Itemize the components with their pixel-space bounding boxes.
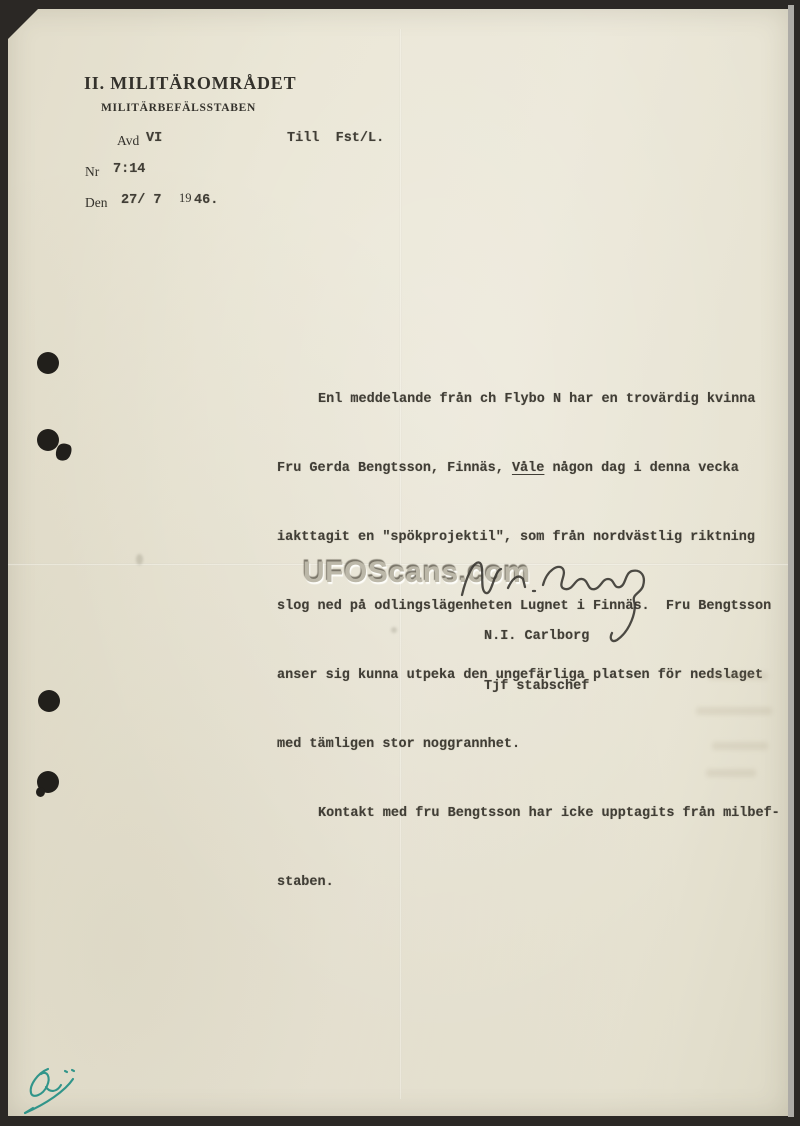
department-label: Avd [117, 133, 139, 149]
document-scan: II. MILITÄROMRÅDET MILITÄRBEFÄLSSTABEN A… [0, 0, 800, 1126]
smudge-mark [391, 627, 397, 633]
bleed-through-mark [708, 672, 768, 680]
department-value: VI [146, 131, 162, 146]
date-century-preprint: 19 [179, 191, 192, 206]
date-year: 46. [194, 193, 218, 208]
recipient-line: Till Fst/L. [287, 131, 384, 146]
body-line: Enl meddelande från ch Flybo N har en tr… [277, 388, 792, 411]
signer-title: Tjf stabschef [484, 679, 589, 696]
hole-punch [37, 352, 59, 374]
underlined-word: Våle [512, 461, 544, 476]
handwritten-initial-ink [16, 1061, 88, 1121]
number-label: Nr [85, 164, 99, 180]
paper-tear [36, 787, 45, 797]
clipped-paper-corner [8, 9, 38, 39]
letterhead-staff-name: MILITÄRBEFÄLSSTABEN [101, 102, 256, 114]
date-label: Den [85, 195, 108, 211]
bleed-through-mark [696, 707, 772, 715]
body-line-segment: Fru Gerda Bengtsson, Finnäs, [277, 461, 512, 476]
date-day-month: 27/ 7 [121, 193, 162, 208]
hole-punch [38, 690, 60, 712]
number-value: 7:14 [113, 162, 145, 177]
body-line: Fru Gerda Bengtsson, Finnäs, Våle någon … [277, 457, 792, 480]
letterhead-unit-name: II. MILITÄROMRÅDET [84, 73, 296, 94]
document-page: II. MILITÄROMRÅDET MILITÄRBEFÄLSSTABEN A… [8, 9, 788, 1116]
body-line: staben. [277, 871, 792, 894]
body-line: Kontakt med fru Bengtsson har icke uppta… [277, 802, 792, 825]
bleed-through-mark [706, 769, 756, 777]
signature-block: N.I. Carlborg Tjf stabschef [484, 596, 589, 728]
bleed-through-mark [712, 742, 768, 750]
signer-name: N.I. Carlborg [484, 629, 589, 646]
hole-punch [37, 429, 59, 451]
body-line-segment: någon dag i denna vecka [544, 461, 738, 476]
smudge-mark [136, 554, 143, 565]
